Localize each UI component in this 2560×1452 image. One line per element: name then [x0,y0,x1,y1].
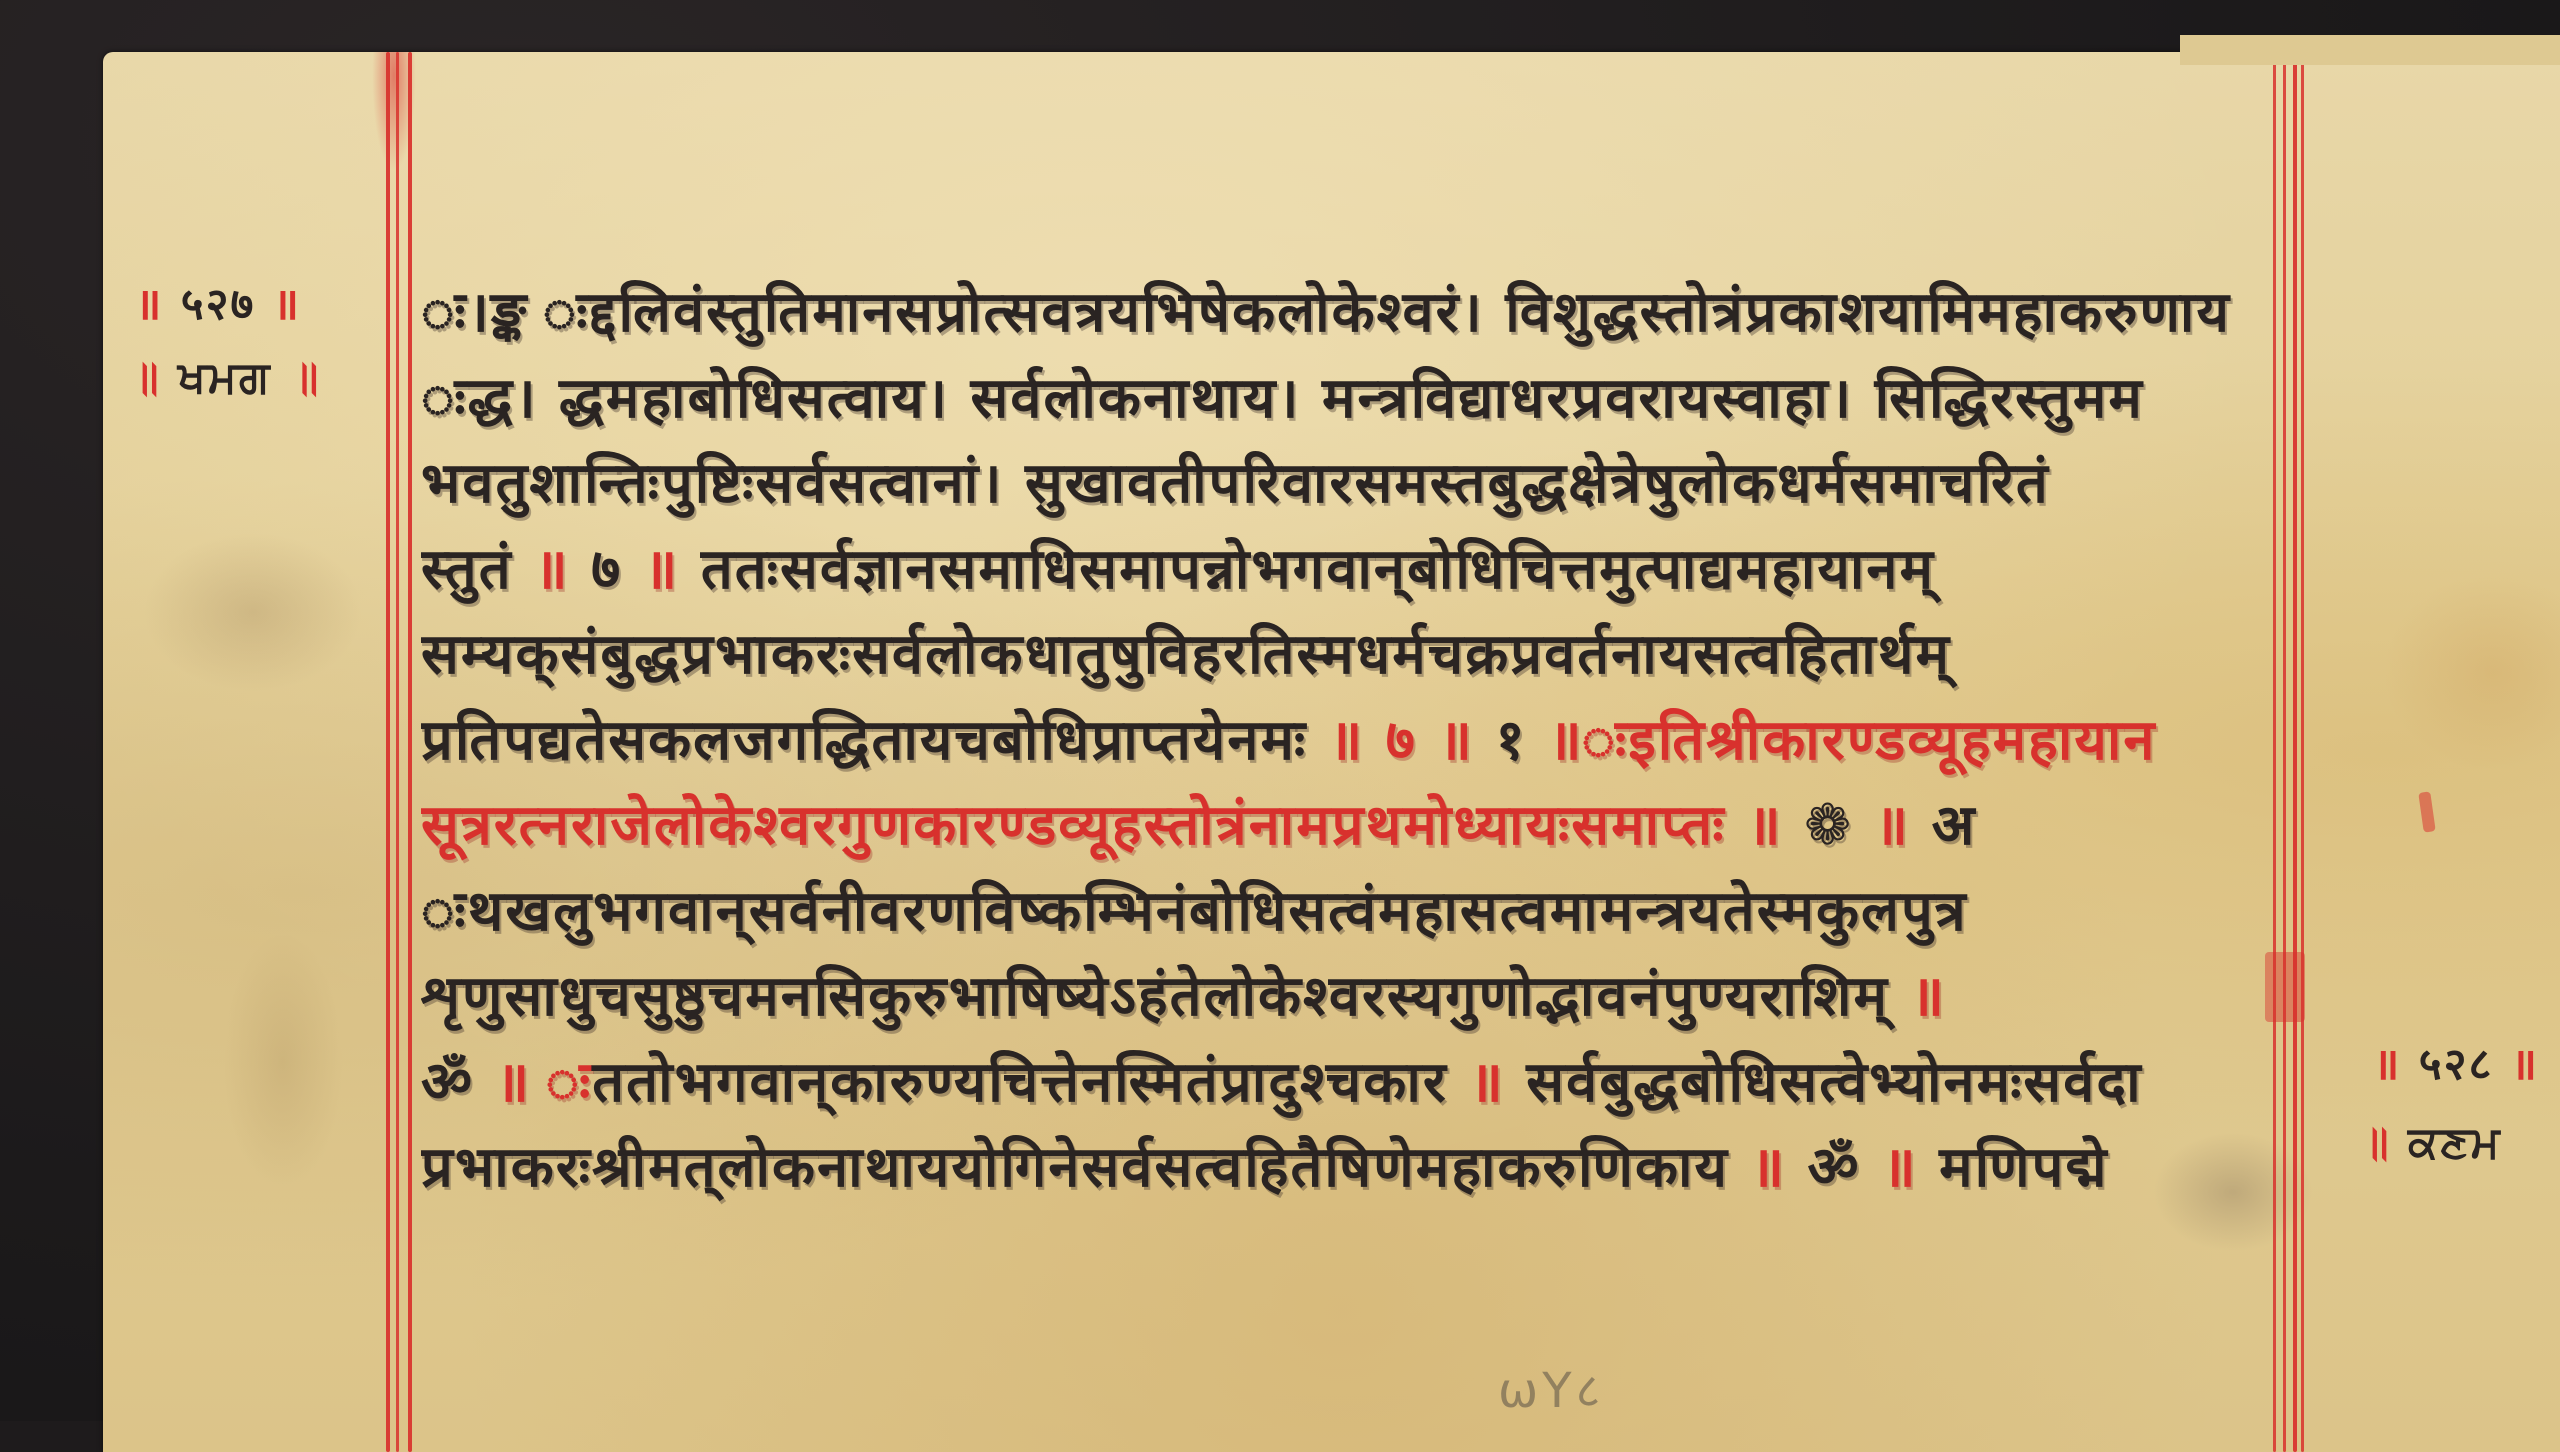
dandas: ॥ [1329,708,1386,773]
text-line-7: सूत्ररत्नराजेलोकेश्वरगुणकारण्डव्यूहस्तोत… [421,783,2301,869]
manuscript-page: ॥ ५२७ ॥ ॥ ਖਮਗ ॥ ॥ ५२८ ॥ ॥ ਕਣਮ ः।ङ्क ःद्द… [103,52,2560,1421]
paper-stain [223,932,343,1192]
text-line-1: ः।ङ्क ःद्दलिवंस्तुतिमानसप्रोत्सवत्रयभिषे… [421,270,2301,356]
text-line-9: शृणुसाधुचसुष्ठुचमनसिकुरुभाषिष्येऽहंतेलोक… [421,954,2301,1040]
folio-title-left: ॥ ਖਮਗ ॥ [129,352,320,403]
dandas: ॥ [1882,1135,1939,1200]
page-edge-right [2180,35,2560,65]
pencil-folio-note: ωY८ [1498,1357,1604,1421]
dandas: ॥ [1910,964,1946,1029]
dandas: ॥ [1875,793,1932,858]
text-line-3: भवतुशान्तिःपुष्टिःसर्वसत्वानां। सुखावतीप… [421,441,2301,527]
text-line-4: स्तुतं ॥ ७ ॥ ततःसर्वज्ञानसमाधिसमापन्नोभग… [421,527,2301,613]
om-symbol-icon: ॐ [421,1050,474,1115]
dandas: ॥ [644,537,701,602]
flower-ornament-icon: ❁ [1804,793,1874,858]
colophon-rubric: सूत्ररत्नराजेलोकेश्वरगुणकारण्डव्यूहस्तोत… [421,793,1804,858]
dandas: ॥ [534,537,591,602]
verse-number: ७ [591,537,644,602]
dandas: ॥ [1751,1135,1808,1200]
folio-number-right: ॥ ५२८ ॥ [2373,1032,2539,1092]
folio-number-left: ॥ ५२७ ॥ [135,272,301,332]
folio-title-right: ॥ ਕਣਮ [2359,1117,2502,1168]
red-ink-mark [2418,791,2435,832]
text-line-11: प्रभाकरःश्रीमत्‌लोकनाथाययोगिनेसर्वसत्वहि… [421,1125,2301,1211]
text-line-10: ॐ ॥ ःततोभगवान्‌कारुण्यचित्तेनस्मितंप्राद… [421,1040,2301,1126]
text-line-2: ःद्ध। द्धमहाबोधिसत्वाय। सर्वलोकनाथाय। मन… [421,356,2301,442]
paper-stain [2383,572,2560,772]
manuscript-text-block: ः।ङ्क ःद्दलिवंस्तुतिमानसप्रोत्सवत्रयभिषे… [421,270,2301,1211]
text-line-6: प्रतिपद्यतेसकलजगद्धितायचबोधिप्राप्तयेनमः… [421,698,2301,784]
verse-number: ७ [1386,708,1439,773]
om-symbol-icon: ॐ [1808,1135,1883,1200]
dandas: ॥ [1438,708,1495,773]
text-line-5: सम्यक्‌संबुद्धप्रभाकरःसर्वलोकधातुषुविहरत… [421,612,2301,698]
text-line-8: ःथखलुभगवान्‌सर्वनीवरणविष्कम्भिनंबोधिसत्व… [421,869,2301,955]
chapter-number: १ [1495,708,1548,773]
paper-stain [143,532,363,692]
dandas: ॥ [1469,1050,1526,1115]
dandas: ॥ [496,1050,593,1115]
colophon-rubric: ॥ःइतिश्रीकारण्डव्यूहमहायान [1548,708,2156,773]
